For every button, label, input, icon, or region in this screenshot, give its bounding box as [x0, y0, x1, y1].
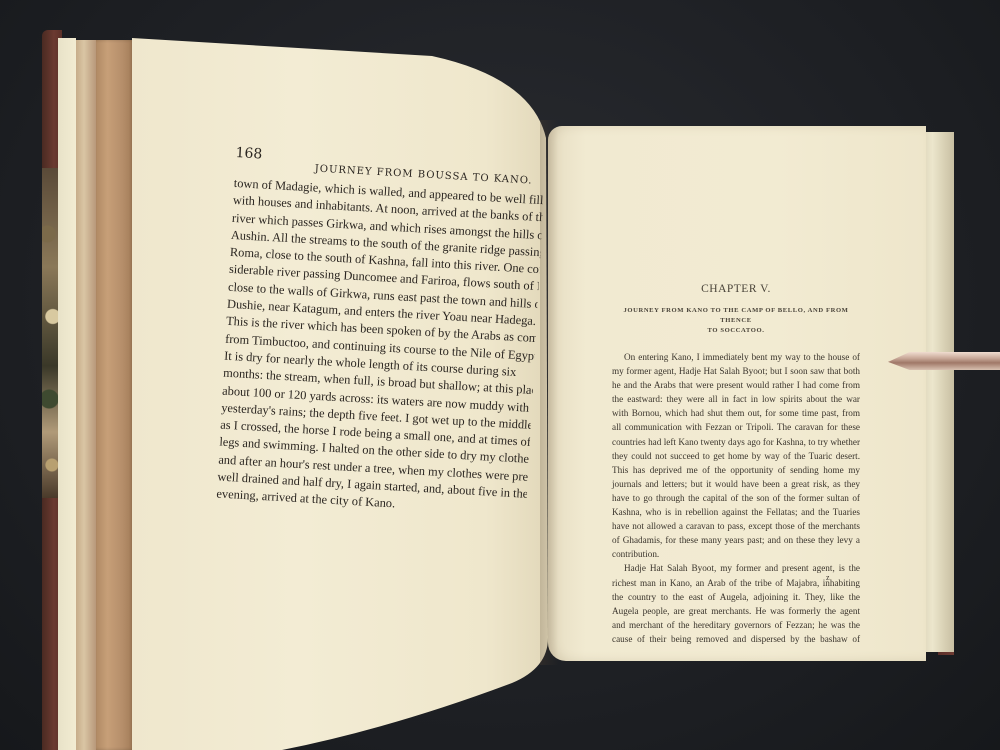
chapter-subtitle-line: TO SOCCATOO.	[612, 326, 860, 336]
right-page-body: On entering Kano, I immediately bent my …	[612, 350, 860, 646]
spine-guard-strip	[96, 40, 134, 750]
text-line: Hadje Hat Salah Byoot, my former and pre…	[612, 561, 860, 575]
text-line: This has deprived me of the opportunity …	[612, 463, 860, 477]
chapter-subtitle-line: JOURNEY FROM KANO TO THE CAMP OF BELLO, …	[612, 306, 860, 326]
text-line: they could not succeed to get home by wa…	[612, 449, 860, 463]
text-line: my former agent, Hadje Hat Salah Byoot; …	[612, 364, 860, 378]
text-line: have not allowed a caravan to pass, exce…	[612, 519, 860, 533]
text-line: richest man in Kano, an Arab of the trib…	[612, 576, 860, 590]
book-photo: 168 JOURNEY FROM BOUSSA TO KANO. town of…	[0, 0, 1000, 750]
text-line: Kashna, who is in rebellion against the …	[612, 505, 860, 519]
paper-knife	[888, 352, 1000, 370]
text-line: the eastward: they were all in fact in l…	[612, 392, 860, 406]
page-number: 168	[235, 145, 263, 162]
text-line: have to go through the capital of the so…	[612, 491, 860, 505]
text-line: countries had left Kano twenty days ago …	[612, 435, 860, 449]
text-line: of Ghadamis, for these many years past; …	[612, 533, 860, 547]
hinge-strip	[76, 40, 96, 750]
right-page-text: CHAPTER V. JOURNEY FROM KANO TO THE CAMP…	[612, 283, 860, 646]
left-page-body: town of Madagie, which is walled, and ap…	[216, 175, 544, 520]
signature-mark: z	[826, 573, 830, 582]
text-line: all communication with Fezzan or Tripoli…	[612, 420, 860, 434]
text-line: journals and letters; but it would have …	[612, 477, 860, 491]
chapter-subtitle: JOURNEY FROM KANO TO THE CAMP OF BELLO, …	[612, 306, 860, 336]
chapter-title: CHAPTER V.	[612, 283, 860, 295]
text-line: On entering Kano, I immediately bent my …	[612, 350, 860, 364]
left-endpaper	[58, 38, 76, 750]
text-line: Augela people, are great merchants. He w…	[612, 604, 860, 618]
text-line: and merchant of the hereditary governors…	[612, 618, 860, 632]
text-line: with Bornou, which had shut them out, fo…	[612, 406, 860, 420]
text-line: the country to the east of Augela, adjoi…	[612, 590, 860, 604]
text-line: he and the Arabs that were present would…	[612, 378, 860, 392]
text-line: contribution.	[612, 547, 860, 561]
text-line: cause of their being removed and dispers…	[612, 632, 860, 646]
